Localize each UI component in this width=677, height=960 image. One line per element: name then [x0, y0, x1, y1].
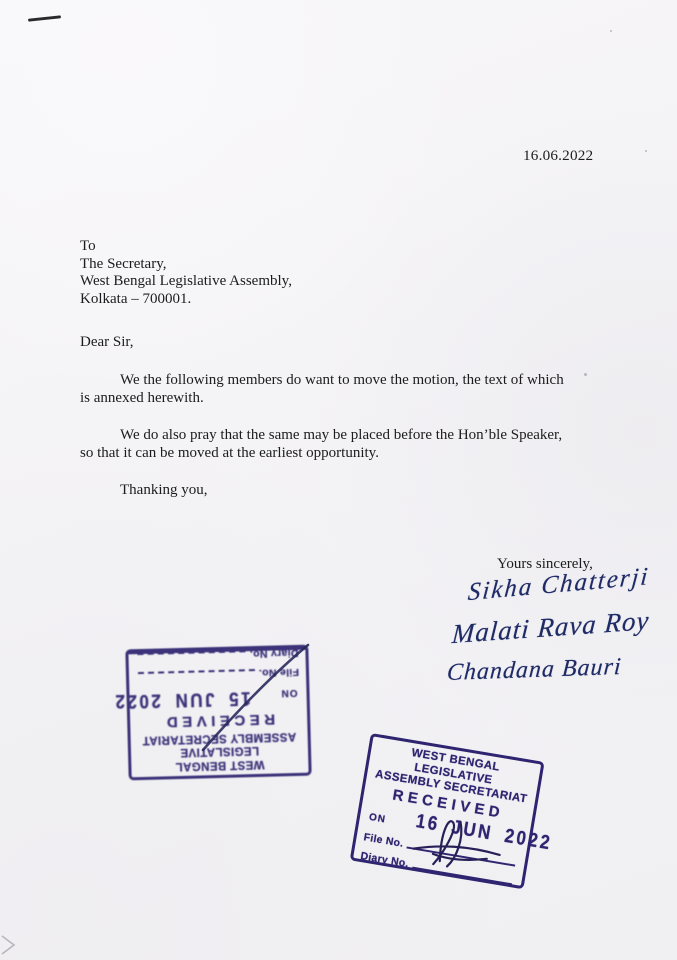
- stamp-file-no-label: File No.: [363, 831, 405, 849]
- address-line: The Secretary,: [80, 256, 292, 274]
- stamp-file-no-line: [138, 670, 255, 675]
- corner-pen-mark: [0, 932, 20, 958]
- paragraph-line: is annexed herewith.: [80, 389, 625, 407]
- handwritten-signature-3: Chandana Bauri: [446, 654, 622, 687]
- received-stamp-upside-down: WEST BENGAL LEGISLATIVE ASSEMBLY SECRETA…: [125, 645, 311, 781]
- stamp-on-label: ON: [280, 687, 297, 698]
- received-stamp: WEST BENGAL LEGISLATIVE ASSEMBLY SECRETA…: [350, 733, 545, 889]
- stamp-on-label: ON: [368, 811, 387, 825]
- stamp-diary-no-label: Diary No.: [360, 850, 410, 870]
- stamp-diary-no-label: Diary No.: [250, 647, 299, 660]
- stamp-diary-no-line: [137, 651, 245, 656]
- handwritten-signature-2: Malati Rava Roy: [451, 605, 651, 650]
- body-paragraph-1: We the following members do want to move…: [80, 371, 625, 407]
- paragraph-line: We do also pray that the same may be pla…: [80, 426, 625, 444]
- stamp-org-line: WEST BENGAL LEGISLATIVE: [138, 742, 302, 773]
- staple-mark: [28, 15, 61, 21]
- closing-line: Thanking you,: [120, 482, 208, 499]
- address-line: To: [80, 238, 292, 256]
- paragraph-line: We the following members do want to move…: [80, 371, 625, 389]
- paper-speck: [645, 150, 647, 152]
- stamp-diary-no-line: [412, 866, 512, 885]
- paper-speck: [610, 30, 612, 32]
- address-line: West Bengal Legislative Assembly,: [80, 273, 292, 291]
- recipient-address-block: To The Secretary, West Bengal Legislativ…: [80, 238, 292, 308]
- scanned-letter-page: { "page": { "paper_color": "#f3f2f5", "t…: [0, 0, 677, 960]
- paragraph-line: so that it can be moved at the earliest …: [80, 444, 625, 462]
- body-paragraph-2: We do also pray that the same may be pla…: [80, 426, 625, 462]
- stamp-date: 15 JUN 2022: [113, 687, 251, 714]
- stamp-file-no-label: File No.: [259, 666, 300, 679]
- letter-date: 16.06.2022: [523, 147, 593, 165]
- salutation: Dear Sir,: [80, 334, 134, 351]
- address-line: Kolkata – 700001.: [80, 291, 292, 309]
